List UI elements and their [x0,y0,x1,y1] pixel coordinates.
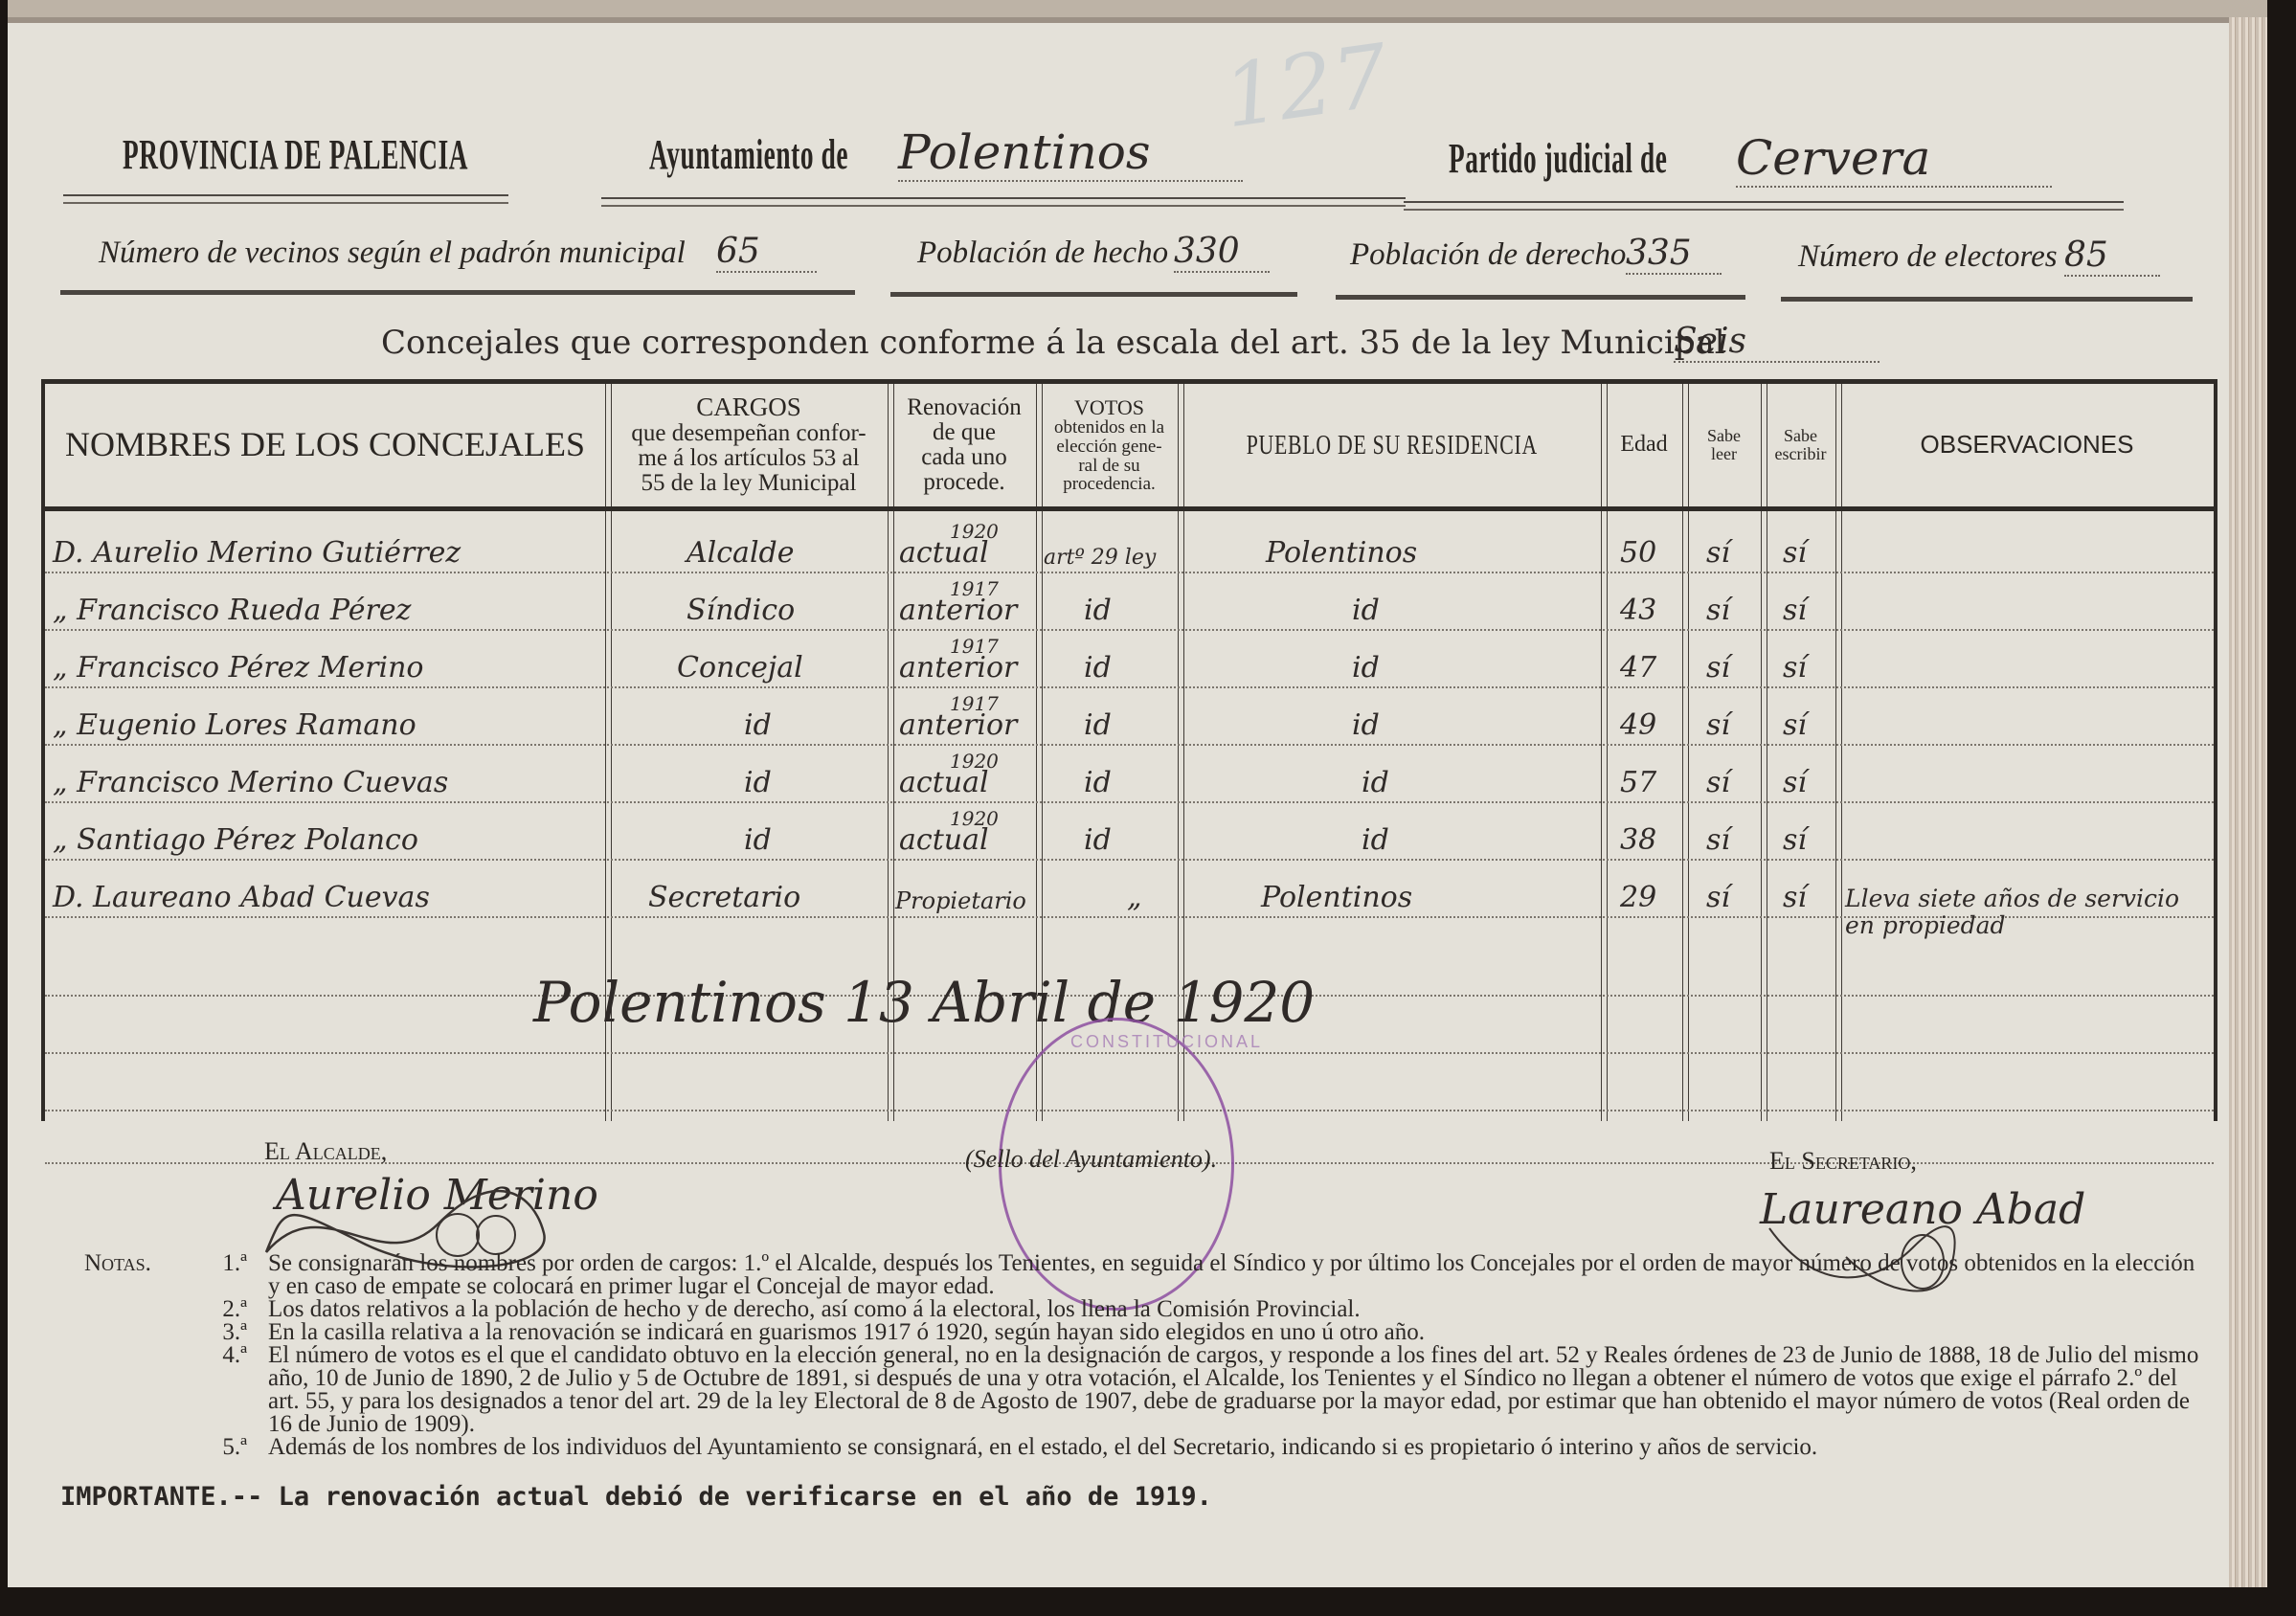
cell-edad: 49 [1620,708,1656,742]
cell-votos: „ [1127,881,1142,914]
electores-label: Número de electores [1798,239,2058,275]
date-line: Polentinos 13 Abril de 1920 [533,970,1315,1035]
notes-section: Notas. 1.ª Se consignarán los nombres po… [65,1252,2200,1459]
cell-renovacion: anterior [899,651,1017,685]
sello-label: (Sello del Ayuntamiento). [965,1145,1217,1174]
table-row: „ Francisco Pérez Merino Concejal 1917 a… [45,631,2214,688]
column-header-nombres: NOMBRES DE LOS CONCEJALES [45,384,605,506]
cell-cargo: Síndico [687,594,795,627]
cell-renovacion: anterior [899,594,1017,627]
cell-votos: id [1084,766,1112,799]
cell-escribir: sí [1783,594,1807,627]
cell-leer: sí [1706,536,1730,570]
note-number: 5.ª [170,1436,268,1459]
note-number: 2.ª [170,1298,268,1321]
column-header-cargos: CARGOS que desempeñan confor- me á los a… [610,384,888,506]
note-item: Notas. 1.ª Se consignarán los nombres po… [65,1252,2200,1298]
cell-votos: id [1084,708,1112,742]
column-header-votos: VOTOS obtenidos en la elección gene- ral… [1041,384,1178,506]
cell-leer: sí [1706,708,1730,742]
divider [890,292,1297,297]
cell-pueblo: id [1362,823,1389,857]
column-header-observaciones: OBSERVACIONES [1840,384,2214,506]
province-title: PROVINCIA DE PALENCIA [123,130,680,179]
secretario-label: El Secretario, [1769,1147,1917,1176]
note-item: 4.ª El número de votos es el que el cand… [65,1344,2200,1436]
note-text: Se consignarán los nombres por orden de … [268,1252,2200,1298]
cell-nombre: „ Santiago Pérez Polanco [53,823,418,857]
cell-pueblo: id [1362,766,1389,799]
cell-renovacion: actual [899,536,989,570]
concejales-value: Seis [1674,322,1880,363]
table-row: „ Francisco Rueda Pérez Síndico 1917 ant… [45,573,2214,631]
cell-edad: 47 [1620,651,1656,685]
cell-edad: 50 [1620,536,1656,570]
cell-edad: 38 [1620,823,1656,857]
column-header-edad: Edad [1606,384,1682,506]
cell-escribir: sí [1783,766,1807,799]
important-notice: IMPORTANTE.-- La renovación actual debió… [60,1482,1212,1512]
note-text: Además de los nombres de los individuos … [268,1436,1817,1459]
cell-pueblo: Polentinos [1266,536,1417,570]
notes-title: Notas. [84,1252,151,1275]
table-row: D. Laureano Abad Cuevas Secretario Propi… [45,861,2214,918]
note-text: Los datos relativos a la población de he… [268,1298,1361,1321]
divider [1781,297,2193,302]
concejales-label: Concejales que corresponden conforme á l… [381,324,1725,362]
cell-renovacion: anterior [899,708,1017,742]
cell-leer: sí [1706,881,1730,914]
note-text: En la casilla relativa a la renovación s… [268,1321,1425,1344]
cell-edad: 43 [1620,594,1656,627]
cell-nombre: „ Francisco Merino Cuevas [53,766,448,799]
margin-annotation: 127 [1218,26,1395,148]
cell-votos: id [1084,594,1112,627]
note-number: 1.ª [170,1252,268,1298]
book-spine-edge [2229,17,2267,1587]
cell-renovacion: Propietario [895,887,1026,914]
column-header-sabe-escribir: Sabe escribir [1766,384,1835,506]
cell-renovacion: actual [899,823,989,857]
concejales-table: NOMBRES DE LOS CONCEJALES CARGOS que des… [41,379,2217,1121]
cell-renovacion: actual [899,766,989,799]
cell-cargo: id [744,823,772,857]
cell-nombre: „ Eugenio Lores Ramano [53,708,416,742]
column-header-renovacion: Renovación de que cada uno procede. [892,384,1036,506]
cell-observaciones: Lleva siete años de servicio en propieda… [1845,886,2209,939]
cell-nombre: D. Aurelio Merino Gutiérrez [53,536,461,570]
hecho-value: 330 [1174,232,1270,273]
cell-pueblo: id [1352,651,1380,685]
note-item: 2.ª Los datos relativos a la población d… [65,1298,2200,1321]
alcalde-label: El Alcalde, [264,1137,387,1166]
table-row: „ Santiago Pérez Polanco id 1920 actual … [45,803,2214,861]
ayuntamiento-value: Polentinos [898,124,1243,182]
note-item: 5.ª Además de los nombres de los individ… [65,1436,2200,1459]
derecho-label: Población de derecho [1350,237,1626,273]
cell-edad: 29 [1620,881,1656,914]
cell-nombre: D. Laureano Abad Cuevas [53,881,430,914]
electores-value: 85 [2064,236,2160,277]
note-item: 3.ª En la casilla relativa a la renovaci… [65,1321,2200,1344]
cell-pueblo: id [1352,708,1380,742]
cell-escribir: sí [1783,708,1807,742]
table-row: „ Eugenio Lores Ramano id 1917 anterior … [45,688,2214,746]
header-rule [45,506,2214,511]
cell-leer: sí [1706,594,1730,627]
cell-leer: sí [1706,823,1730,857]
cell-cargo: Alcalde [687,536,795,570]
divider [1336,295,1745,300]
hecho-label: Población de hecho [917,236,1168,271]
cell-pueblo: id [1352,594,1380,627]
vecinos-label: Número de vecinos según el padrón munici… [99,236,686,271]
column-header-pueblo: PUEBLO DE SU RESIDENCIA [1182,384,1601,506]
cell-votos: id [1084,823,1112,857]
table-row: „ Francisco Merino Cuevas id 1920 actual… [45,746,2214,803]
cell-cargo: id [744,766,772,799]
divider [60,290,855,295]
note-number: 4.ª [170,1344,268,1436]
cell-cargo: Concejal [677,651,803,685]
divider [63,194,508,204]
vecinos-value: 65 [716,232,817,273]
derecho-value: 335 [1626,234,1722,275]
cell-escribir: sí [1783,536,1807,570]
column-header-sabe-leer: Sabe leer [1687,384,1761,506]
cell-nombre: „ Francisco Pérez Merino [53,651,423,685]
cell-pueblo: Polentinos [1261,881,1412,914]
cell-cargo: Secretario [648,881,800,914]
cell-leer: sí [1706,651,1730,685]
cell-escribir: sí [1783,651,1807,685]
stamp-text: CONSTITUCIONAL [1070,1032,1263,1052]
cell-leer: sí [1706,766,1730,799]
note-number: 3.ª [170,1321,268,1344]
note-text: El número de votos es el que el candidat… [268,1344,2200,1436]
partido-value: Cervera [1736,130,2052,188]
cell-escribir: sí [1783,881,1807,914]
divider [1404,201,2124,211]
divider [601,197,1406,207]
cell-cargo: id [744,708,772,742]
cell-edad: 57 [1620,766,1656,799]
cell-votos: id [1084,651,1112,685]
cell-votos: artº 29 ley [1044,546,1156,570]
table-row: D. Aurelio Merino Gutiérrez Alcalde 1920… [45,516,2214,573]
document-page: 127 PROVINCIA DE PALENCIA Ayuntamiento d… [8,0,2267,1587]
cell-nombre: „ Francisco Rueda Pérez [53,594,411,627]
cell-escribir: sí [1783,823,1807,857]
